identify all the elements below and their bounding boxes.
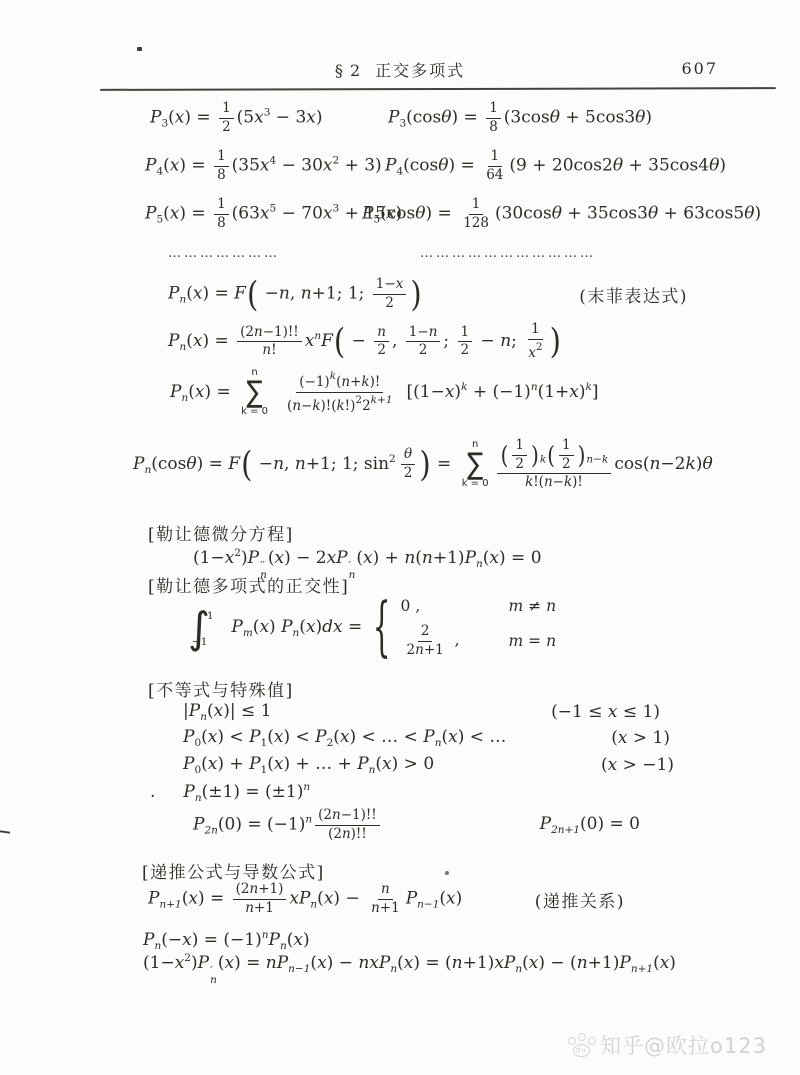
scan-artifact (445, 871, 449, 875)
fraction: nn+1 (368, 882, 403, 916)
formula-i3: P0(x) + P1(x) + … + Pn(x) > 0(x > −1) (183, 754, 800, 776)
formula-col: P0(x) + P1(x) + … + Pn(x) > 0 (183, 754, 434, 776)
formula-r1: Pn+1(x) = (2n+1)n+1xPn(x) − nn+1Pn−1(x)(… (148, 882, 800, 916)
formula-col: P4(x) = 18(35x4 − 30x2 + 3) (145, 149, 385, 183)
formula-col: P2n(0) = (−1)n(2n−1)!!(2n)!! (193, 808, 383, 842)
section-name: 正交多项式 (375, 61, 465, 80)
watermark: du 知乎@欧拉o123 (568, 1030, 767, 1060)
big-paren: ( (247, 277, 258, 312)
scanned-book-page: { "header": { "section": "§ 2", "title":… (0, 0, 800, 1075)
cases-group: {0 ,m ≠ n22n+1 ,m = n (373, 597, 556, 658)
formula-sum1: Pn(x) = n∑k = 0(−1)k(n+k)!(n−k)!(k!)22k+… (170, 368, 780, 417)
fraction: 18 (214, 149, 229, 183)
fraction: 12 (512, 438, 527, 472)
formula-h-diff: [勒让德微分方程] (148, 520, 780, 545)
page-number: 607 (681, 59, 718, 78)
integral-symbol: ∫1−1 (188, 607, 222, 649)
fraction: 164 (483, 149, 506, 183)
header-rule (100, 87, 776, 91)
fraction: 22n+1 (404, 624, 447, 658)
big-paren: ( (241, 447, 252, 482)
brace-icon: { (373, 595, 391, 659)
formula-col: Pn(x) = F( −n, n+1; 1; 1−x2) (168, 277, 423, 311)
section-title: § 2正交多项式 (0, 58, 800, 81)
formula-col: [递推公式与导数公式] (142, 858, 325, 883)
annotation-i2: (x > 1) (611, 728, 670, 748)
summation-symbol: n∑k = 0 (241, 368, 268, 417)
fraction: (2n+1)n+1 (233, 882, 287, 916)
formula-i2: P0(x) < P1(x) < P2(x) < … < Pn(x) < …(x … (183, 727, 800, 749)
formula-col: [勒让德微分方程] (148, 520, 294, 545)
fraction: 1−x2 (373, 277, 407, 311)
fraction: 12 (458, 325, 473, 359)
formula-col: P3(cosθ) = 18(3cosθ + 5cos3θ) (388, 101, 652, 135)
summation-symbol: n∑k = 0 (462, 440, 489, 489)
formula-col: P5(x) = 18(63x5 − 70x3 + 15x) (145, 197, 362, 231)
formula-i4: .Pn(±1) = (±1)n (150, 781, 780, 804)
annotation-i3: (x > −1) (601, 755, 674, 775)
formula-col: Pn+1(x) = (2n+1)n+1xPn(x) − nn+1Pn−1(x) (148, 882, 462, 916)
fraction: (2n−1)!!(2n)!! (315, 808, 380, 842)
formula-p4: P4(x) = 18(35x4 − 30x2 + 3)P4(cosθ) = 16… (145, 149, 780, 183)
section-number: § 2 (335, 61, 361, 80)
case-row: 22n+1 ,m = n (401, 624, 557, 658)
formula-integral: ∫1−1Pm(x) Pn(x)dx = {0 ,m ≠ n22n+1 ,m = … (188, 597, 780, 658)
fraction: 1−n2 (406, 325, 441, 359)
fraction: 1x2 (525, 322, 545, 361)
prime-sub-stack: ′n (210, 967, 217, 985)
big-paren: ( (501, 443, 509, 467)
baidu-paw-icon: du (568, 1033, 595, 1058)
annotation-murphy: (末菲表达式) (579, 282, 688, 307)
fraction: n2 (374, 325, 389, 359)
big-paren: ) (410, 277, 421, 312)
formula-col: …………………………… (420, 246, 596, 261)
formula-h-ineq: [不等式与特殊值] (148, 676, 780, 701)
formula-p5: P5(x) = 18(63x5 − 70x3 + 15x)P5(cosθ) = … (145, 197, 780, 231)
page-header: § 2正交多项式 607 (0, 58, 800, 84)
formula-col: P5(cosθ) = 1128(30cosθ + 35cos3θ + 63cos… (362, 197, 761, 231)
formula-p2n0: P2n(0) = (−1)n(2n−1)!!(2n)!!P2n+1(0) = 0 (193, 808, 800, 842)
watermark-text: 知乎@欧拉o123 (600, 1030, 767, 1060)
case-row: 0 ,m ≠ n (401, 597, 557, 615)
big-paren: ) (419, 447, 430, 482)
fraction: 18 (214, 197, 229, 231)
formula-col: P3(x) = 12(5x3 − 3x) (150, 101, 388, 135)
formula-col: Pn(−x) = (−1)nPn(x) (143, 929, 310, 952)
fraction: 18 (486, 101, 501, 135)
formula-col: Pn(x) = n∑k = 0(−1)k(n+k)!(n−k)!(k!)22k+… (170, 368, 599, 417)
fraction: 12 (559, 438, 574, 472)
scan-artifact (137, 47, 142, 51)
formula-h-orth: [勒让德多项式的正交性] (148, 572, 780, 597)
formula-col: (1−x2)P′n(x) = nPn−1(x) − nxPn(x) = (n+1… (143, 952, 676, 985)
formula-murphy: Pn(x) = F( −n, n+1; 1; 1−x2)(末菲表达式) (168, 277, 800, 311)
annotation-i1: (−1 ≤ x ≤ 1) (551, 702, 660, 722)
formula-col: .Pn(±1) = (±1)n (150, 781, 310, 804)
formula-col: P4(cosθ) = 164(9 + 20cos2θ + 35cos4θ) (385, 149, 726, 183)
formula-col: ∫1−1Pm(x) Pn(x)dx = {0 ,m ≠ n22n+1 ,m = … (188, 597, 556, 658)
big-paren: ( (547, 443, 555, 467)
formula-dots: ……………………………………………… (168, 246, 780, 261)
formula-col: Pn(cosθ) = F( −n, n+1; 1; sin2θ2) = n∑k … (133, 438, 713, 491)
fraction: (2n−1)!!n! (237, 325, 302, 359)
formula-r3: (1−x2)P′n(x) = nPn−1(x) − nxPn(x) = (n+1… (143, 952, 780, 985)
annotation-r1: (递推关系) (535, 887, 625, 912)
fraction: 1128 (460, 197, 492, 231)
formula-col: |Pn(x)| ≤ 1 (183, 701, 271, 723)
formula-h-rec: [递推公式与导数公式] (142, 858, 780, 883)
formula-col: [勒让德多项式的正交性] (148, 572, 349, 597)
big-paren: ( (334, 324, 345, 359)
formula-coscos: Pn(cosθ) = F( −n, n+1; 1; sin2θ2) = n∑k … (133, 438, 780, 491)
formula-col: ………………… (168, 246, 420, 261)
formula-hyper: Pn(x) = (2n−1)!!n!xnF( − n2, 1−n2; 12 − … (168, 322, 780, 361)
big-paren: ) (578, 443, 586, 467)
formula-col: P0(x) < P1(x) < P2(x) < … < Pn(x) < … (183, 727, 506, 749)
formula-p3: P3(x) = 12(5x3 − 3x)P3(cosθ) = 18(3cosθ … (150, 101, 780, 135)
big-paren: ) (550, 324, 561, 359)
big-paren: ) (531, 443, 539, 467)
fraction: (12)k(12)n−kk!(n−k)! (497, 438, 612, 491)
fraction: θ2 (401, 447, 416, 481)
paw-pad: du (573, 1044, 590, 1057)
formula-col: Pn(x) = (2n−1)!!n!xnF( − n2, 1−n2; 12 − … (168, 322, 562, 361)
formula-col: [不等式与特殊值] (148, 676, 294, 701)
formula-r2: Pn(−x) = (−1)nPn(x) (143, 929, 780, 952)
fraction: 12 (219, 101, 234, 135)
fraction: (−1)k(n+k)!(n−k)!(k!)22k+1 (284, 370, 395, 414)
formula-col: P2n+1(0) = 0 (540, 814, 640, 836)
scan-artifact (0, 830, 10, 833)
formula-i1: |Pn(x)| ≤ 1(−1 ≤ x ≤ 1) (183, 701, 800, 723)
